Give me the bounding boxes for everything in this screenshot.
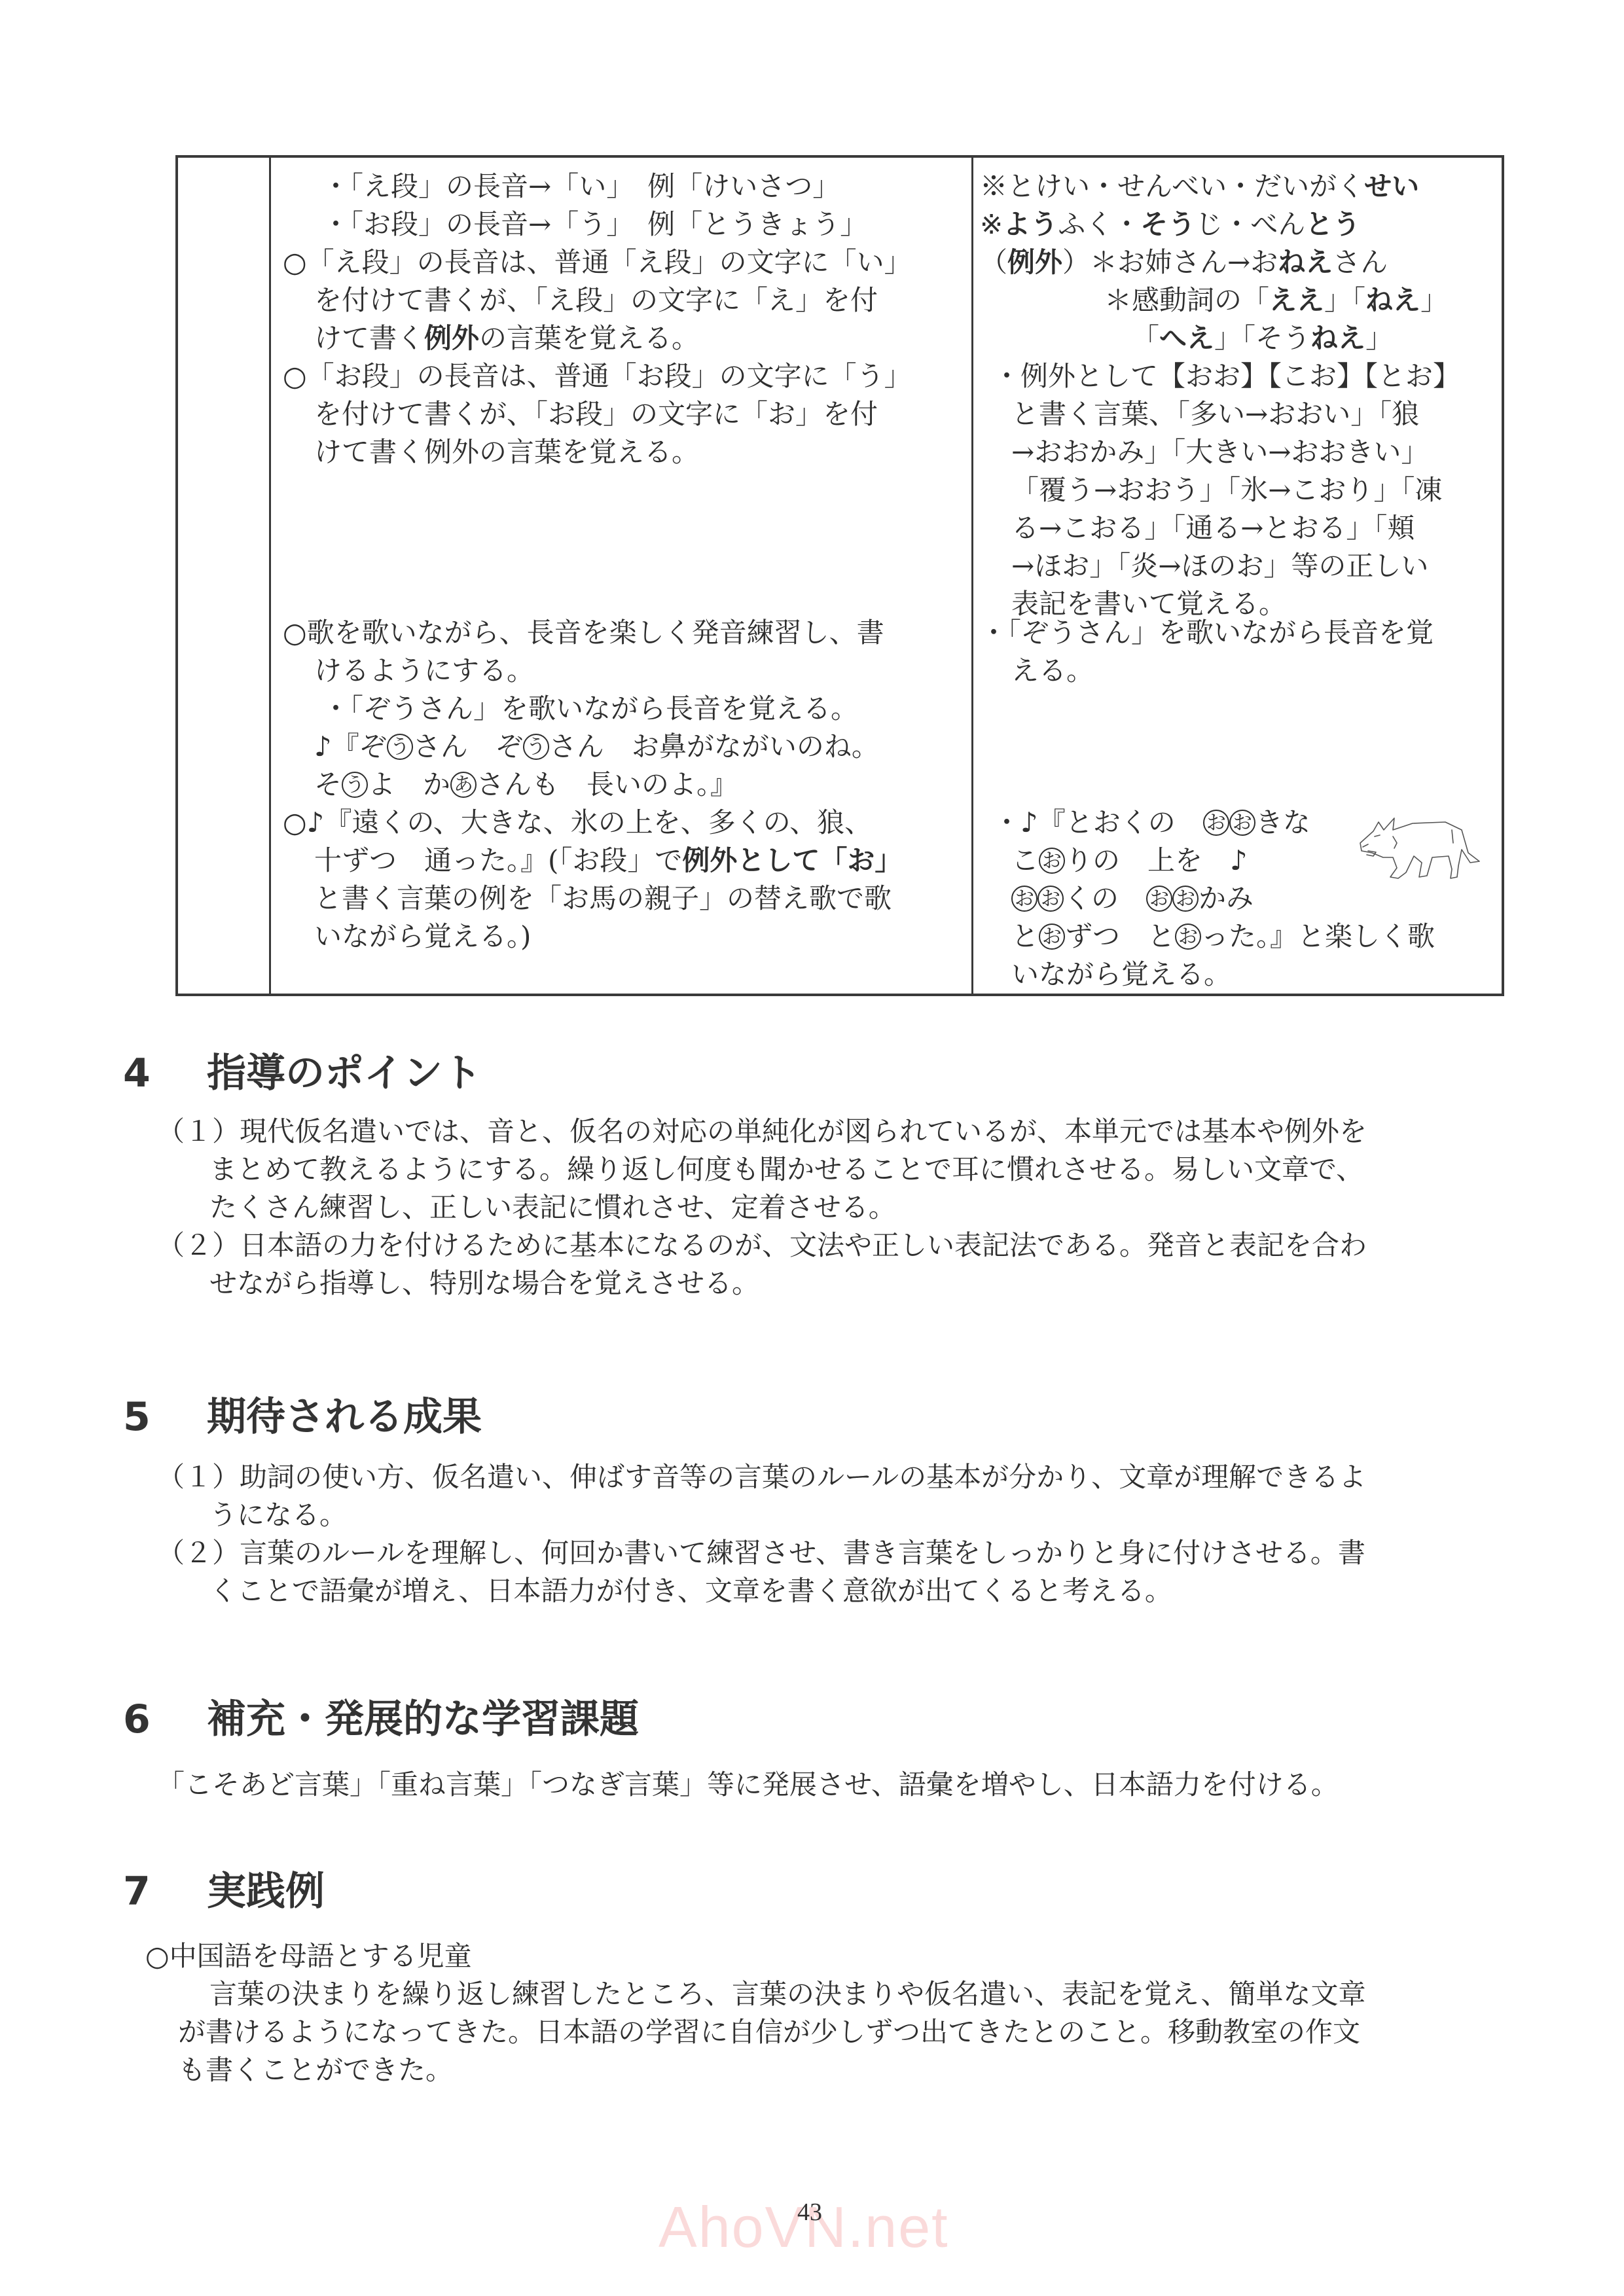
- table-line: ○「え段」の長音は、普通「え段」の文字に「い」: [283, 243, 912, 281]
- text-run: ※とけい・せんべい・だいがく: [980, 170, 1364, 202]
- table-line: 「へえ」「そうねえ」: [1132, 319, 1393, 357]
- text-run: ・♪『とおくの: [993, 806, 1203, 838]
- text-run: ふく・: [1058, 208, 1140, 240]
- text-run: った。』と楽しく歌: [1201, 920, 1435, 952]
- section-title: 補充・発展的な学習課題: [207, 1696, 639, 1742]
- table-line: （例外）＊お姉さん→おねえさん: [980, 243, 1388, 281]
- table-line: を付けて書くが、「え段」の文字に「え」を付: [314, 281, 878, 319]
- bold-text-run: ええ: [1269, 284, 1324, 316]
- paragraph-line: （１）助詞の使い方、仮名遣い、伸ばす音等の言葉のルールの基本が分かり、文章が理解…: [157, 1458, 1366, 1496]
- bold-text-run: ねえ: [1278, 246, 1333, 278]
- text-run: さん: [1333, 246, 1388, 278]
- text-run: の言葉を覚える。: [479, 322, 699, 354]
- song-lyric-line: いながら覚える。: [1011, 956, 1231, 994]
- bold-text-run: 例外: [424, 322, 479, 354]
- section-title: 実践例: [207, 1869, 325, 1914]
- paragraph-line: も書くことができた。: [178, 2051, 453, 2089]
- song-lyric-line: こおりの 上を ♪: [1011, 842, 1248, 880]
- table-line: ○♪『遠くの、大きな、氷の上を、多くの、狼、: [283, 804, 872, 842]
- table-line: を付けて書くが、「お段」の文字に「お」を付: [314, 395, 878, 433]
- text-run: こ: [1011, 844, 1039, 876]
- text-run: さんも 長いのよ。』: [477, 768, 738, 800]
- circled-kana: お: [1203, 810, 1229, 836]
- table-line: ＊感動詞の「ええ」「ねえ」: [1104, 281, 1448, 319]
- table-line: ○「お段」の長音は、普通「お段」の文字に「う」: [283, 357, 912, 395]
- circled-kana: お: [1172, 886, 1199, 912]
- bold-text-run: 例外として「お」: [682, 844, 902, 876]
- bold-text-run: へえ: [1159, 322, 1214, 354]
- table-line: ・「ぞうさん」を歌いながら長音を覚える。: [322, 690, 858, 728]
- table-line: ・「ぞうさん」を歌いながら長音を覚: [980, 614, 1434, 652]
- song-lyric-line: ・♪『とおくの おおきな: [993, 804, 1310, 842]
- table-line: ※ようふく・そうじ・べんとう: [980, 206, 1360, 243]
- table-line: ・「お段」の長音→「う」 例「とうきょう」: [322, 206, 867, 243]
- text-run: ※: [980, 208, 1003, 240]
- circled-kana: お: [1146, 886, 1172, 912]
- document-page: ・「え段」の長音→「い」 例「けいさつ」 ・「お段」の長音→「う」 例「とうきょ…: [0, 0, 1624, 2296]
- bold-text-run: そう: [1140, 208, 1195, 240]
- table-line: ○歌を歌いながら、長音を楽しく発音練習し、書: [283, 614, 884, 652]
- text-run: さん お鼻がながいのね。: [549, 730, 879, 762]
- circled-kana: う: [523, 734, 549, 760]
- paragraph-line: （２）日本語の力を付けるために基本になるのが、文法や正しい表記法である。発音と表…: [157, 1227, 1367, 1265]
- text-run: けて書く: [314, 322, 424, 354]
- text-run: （: [980, 246, 1007, 278]
- circled-kana: あ: [450, 772, 477, 798]
- text-run: さん ぞ: [413, 730, 523, 762]
- text-run: じ・べん: [1195, 208, 1305, 240]
- table-line: 十ずつ 通った。』(「お段」で例外として「お」: [314, 842, 902, 880]
- table-line: いながら覚える。): [314, 918, 531, 956]
- table-line: →おおかみ」「大きい→おおきい」: [1011, 433, 1428, 471]
- paragraph-line: が書けるようになってきた。日本語の学習に自信が少しずつ出てきたとのこと。移動教室…: [178, 2013, 1360, 2051]
- circled-kana: お: [1039, 848, 1065, 874]
- section-heading: 4指導のポイント: [123, 1050, 482, 1096]
- section-heading: 5期待される成果: [123, 1394, 482, 1440]
- paragraph-line: （２）言葉のルールを理解し、何回か書いて練習させ、書き言葉をしっかりと身に付けさ…: [157, 1534, 1365, 1572]
- column-divider: [269, 158, 271, 994]
- table-line: ・例外として【おお】【こお】【とお】: [993, 357, 1460, 395]
- paragraph-line: 言葉の決まりを繰り返し練習したところ、言葉の決まりや仮名遣い、表記を覚え、簡単な…: [209, 1975, 1366, 2013]
- section-heading: 7実践例: [123, 1869, 325, 1914]
- bold-text-run: 例外: [1007, 246, 1062, 278]
- text-run: そ: [314, 768, 342, 800]
- section-number: 5: [123, 1394, 207, 1440]
- page-number: 43: [797, 2198, 822, 2227]
- table-line: る→こおる」「通る→とおる」「頬: [1011, 509, 1415, 547]
- text-run: 」「: [1324, 284, 1365, 316]
- bold-text-run: ねえ: [1310, 322, 1365, 354]
- paragraph-line: せながら指導し、特別な場合を覚えさせる。: [209, 1265, 759, 1302]
- table-line: と書く言葉の例を「お馬の親子」の替え歌で歌: [314, 880, 892, 918]
- paragraph-line: 「こそあど言葉」「重ね言葉」「つなぎ言葉」等に発展させ、語彙を増やし、日本語力を…: [157, 1766, 1339, 1804]
- text-run: きな: [1255, 806, 1310, 838]
- circled-kana: お: [1175, 924, 1201, 950]
- lesson-table: ・「え段」の長音→「い」 例「けいさつ」 ・「お段」の長音→「う」 例「とうきょ…: [175, 155, 1504, 996]
- section-number: 6: [123, 1696, 207, 1742]
- circled-kana: お: [1039, 924, 1065, 950]
- wolf-illustration: [1354, 804, 1485, 889]
- paragraph-line: たくさん練習し、正しい表記に慣れさせ、定着させる。: [209, 1189, 896, 1227]
- section-title: 期待される成果: [207, 1394, 482, 1440]
- text-run: ずつ と: [1065, 920, 1175, 952]
- song-lyric-line: とおずつ とおった。』と楽しく歌: [1011, 918, 1435, 956]
- column-divider: [971, 158, 973, 994]
- song-lyric-line: そうよ かあさんも 長いのよ。』: [314, 766, 738, 804]
- subheading: ○中国語を母語とする児童: [145, 1937, 472, 1975]
- text-run: ＊感動詞の「: [1104, 284, 1269, 316]
- table-line: 「覆う→おおう」「氷→こおり」「凍: [1011, 471, 1442, 509]
- text-run: ♪『ぞ: [314, 730, 387, 762]
- table-line: けるようにする。: [314, 652, 534, 690]
- text-run: 「: [1132, 322, 1159, 354]
- circled-kana: お: [1229, 810, 1255, 836]
- text-run: 」: [1365, 322, 1393, 354]
- circled-kana: う: [387, 734, 413, 760]
- bold-text-run: せい: [1364, 170, 1419, 202]
- section-title: 指導のポイント: [207, 1050, 482, 1096]
- text-run: りの 上を ♪: [1065, 844, 1248, 876]
- paragraph-line: うになる。: [209, 1496, 347, 1534]
- bold-text-run: ねえ: [1365, 284, 1420, 316]
- bold-text-run: よう: [1003, 208, 1058, 240]
- table-line: と書く言葉、「多い→おおい」「狼: [1011, 395, 1419, 433]
- circled-kana: お: [1038, 886, 1064, 912]
- section-number: 7: [123, 1869, 207, 1914]
- table-line: ※とけい・せんべい・だいがくせい: [980, 168, 1419, 206]
- text-run: と: [1011, 920, 1039, 952]
- text-run: かみ: [1199, 882, 1254, 914]
- song-lyric-line: おおくの おおかみ: [1011, 880, 1254, 918]
- section-number: 4: [123, 1050, 207, 1096]
- table-line: →ほお」「炎→ほのお」等の正しい: [1011, 547, 1428, 585]
- paragraph-line: まとめて教えるようにする。繰り返し何度も聞かせることで耳に慣れさせる。易しい文章…: [209, 1151, 1363, 1189]
- table-line: けて書く例外の言葉を覚える。: [314, 433, 699, 471]
- paragraph-line: くことで語彙が増え、日本語力が付き、文章を書く意欲が出てくると考える。: [209, 1572, 1172, 1610]
- table-line: ・「え段」の長音→「い」 例「けいさつ」: [322, 168, 840, 206]
- paragraph-line: （１）現代仮名遣いでは、音と、仮名の対応の単純化が図られているが、本単元では基本…: [157, 1113, 1367, 1151]
- text-run: 」: [1420, 284, 1448, 316]
- circled-kana: う: [342, 772, 368, 798]
- activity-column: ・「え段」の長音→「い」 例「けいさつ」 ・「お段」の長音→「う」 例「とうきょ…: [283, 158, 964, 994]
- text-run: くの: [1064, 882, 1146, 914]
- section-heading: 6補充・発展的な学習課題: [123, 1696, 639, 1742]
- text-run: 」「そう: [1214, 322, 1310, 354]
- text-run: ）＊お姉さん→お: [1062, 246, 1278, 278]
- table-line: けて書く例外の言葉を覚える。: [314, 319, 699, 357]
- text-run: よ か: [368, 768, 450, 800]
- song-lyric-line: ♪『ぞうさん ぞうさん お鼻がながいのね。: [314, 728, 879, 766]
- text-run: 十ずつ 通った。』(「お段」で: [314, 844, 682, 876]
- circled-kana: お: [1011, 886, 1038, 912]
- table-line: える。: [1011, 652, 1094, 690]
- bold-text-run: とう: [1305, 208, 1360, 240]
